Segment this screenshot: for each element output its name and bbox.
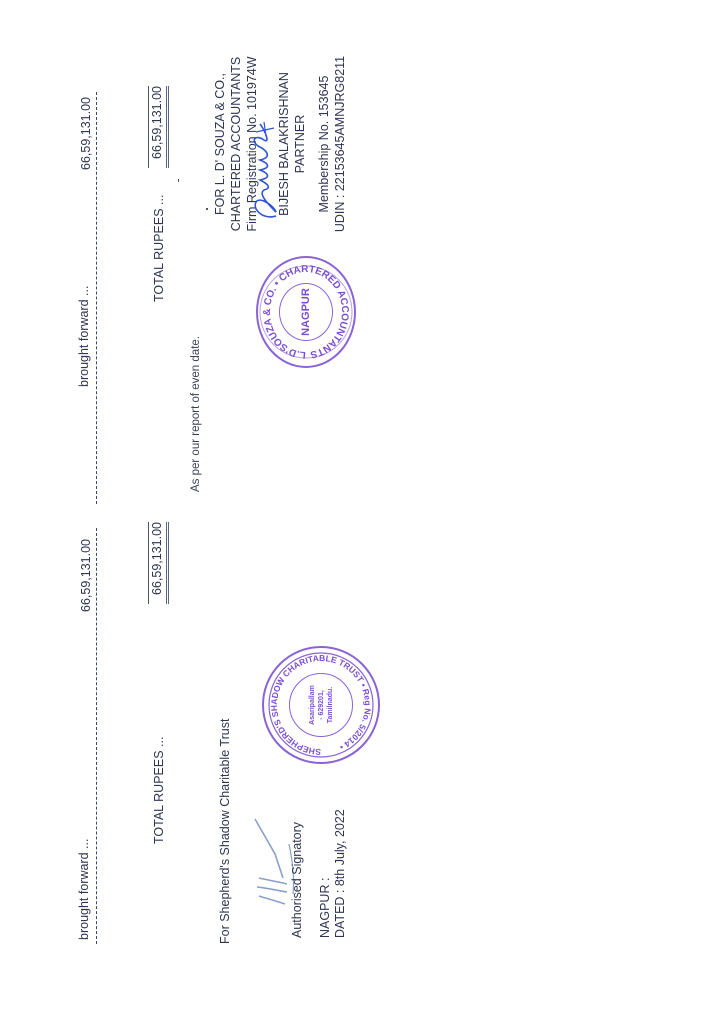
report-note: As per our report of even date.: [190, 336, 202, 492]
place-line: NAGPUR :: [318, 878, 332, 938]
auditor-firm-line: FOR L. D' SOUZA & CO.,: [212, 54, 228, 234]
auditor-stamp: L.D'SOUZA & CO. • CHARTERED ACCOUNTANTS …: [256, 256, 356, 368]
auditor-membership-line: Membership No. 153645: [316, 54, 332, 234]
right-total-label: TOTAL RUPEES ...: [152, 195, 166, 302]
left-brought-forward-leader-line: [96, 528, 97, 944]
document-page: brought forward ... 66,59,131.00 TOTAL R…: [0, 0, 726, 1024]
svg-text:L.D'SOUZA & CO. • CHARTERED AC: L.D'SOUZA & CO. • CHARTERED ACCOUNTANTS …: [258, 264, 350, 366]
left-brought-forward-label: brought forward ...: [77, 839, 91, 940]
auditor-stamp-ring-icon: L.D'SOUZA & CO. • CHARTERED ACCOUNTANTS …: [258, 258, 354, 366]
trust-stamp-ring-icon: SHEPHERD'S SHADOW CHARITABLE TRUST • Reg…: [264, 648, 378, 762]
trust-stamp: SHEPHERD'S SHADOW CHARITABLE TRUST • Reg…: [262, 646, 380, 764]
left-brought-forward-amount: 66,59,131.00: [79, 539, 93, 612]
scan-dot: [206, 208, 208, 210]
auditor-udin-line: UDIN : 22153645AMNJRG8211: [332, 54, 348, 234]
right-brought-forward-leader-line: [96, 92, 97, 504]
auditor-signature-icon: [246, 114, 286, 224]
auditor-partner-title: PARTNER: [292, 54, 308, 234]
stray-mark: [178, 179, 179, 182]
left-total-label: TOTAL RUPEES ...: [152, 737, 166, 844]
dated-line: DATED : 8th July, 2022: [333, 809, 347, 938]
right-brought-forward-label: brought forward ...: [77, 286, 91, 387]
right-total-amount: 66,59,131.00: [148, 86, 169, 168]
right-brought-forward-amount: 66,59,131.00: [79, 97, 93, 170]
auditor-title-line: CHARTERED ACCOUNTANTS: [228, 54, 244, 234]
left-total-amount: 66,59,131.00: [148, 522, 169, 604]
trust-for-line: For Shepherd's Shadow Charitable Trust: [218, 719, 232, 944]
authorised-signatory-label: Authorised Signatory: [290, 822, 304, 938]
